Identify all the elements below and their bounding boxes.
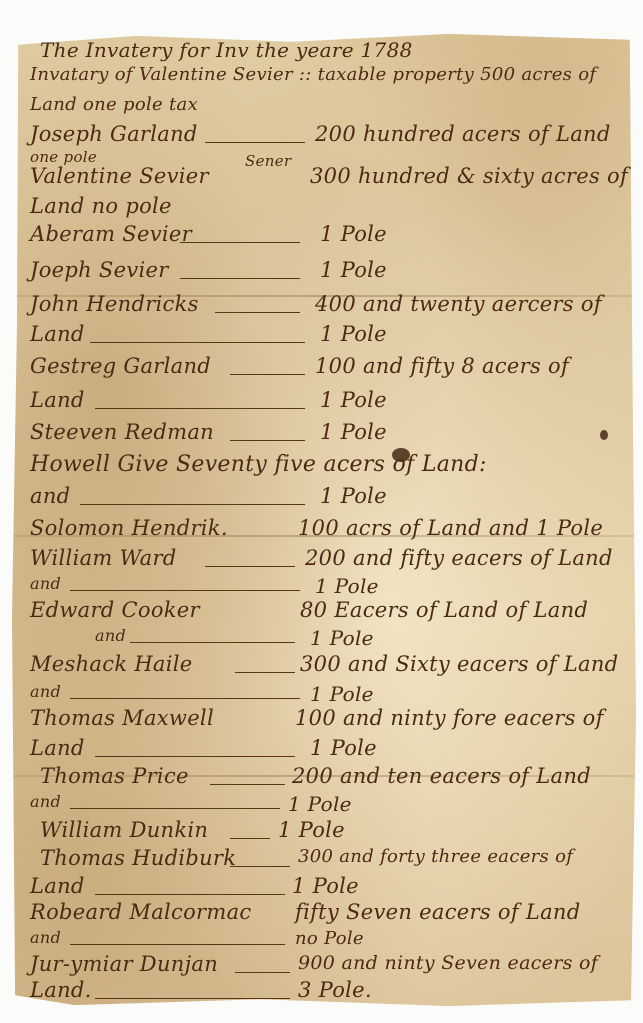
entry-name: Land. [30, 978, 92, 1002]
entry-name: and [30, 484, 70, 508]
entry-value: 300 and Sixty eacers of Land [300, 652, 618, 676]
entry-value: 1 Pole [320, 484, 387, 508]
header-text: Invatary of Valentine Sevier :: taxable … [30, 64, 596, 85]
leader-line [180, 278, 300, 279]
entry-name: Aberam Sevier [30, 222, 192, 246]
entry-value: fifty Seven eacers of Land [295, 900, 581, 924]
entry-name: and [30, 682, 61, 701]
leader-line [180, 242, 300, 243]
entry-name: Land no pole [30, 194, 172, 218]
leader-line [230, 838, 270, 839]
entry-value: 1 Pole [310, 736, 377, 760]
entry-value: 300 and forty three eacers of [298, 846, 573, 867]
entry-value: 100 acrs of Land and 1 Pole [298, 516, 603, 540]
entry-name: Thomas Price [40, 764, 189, 788]
entry-name: and [30, 792, 61, 811]
entry-value: 200 and fifty eacers of Land [305, 546, 613, 570]
entry-value: 1 Pole [292, 874, 359, 898]
entry-value: 100 and ninty fore eacers of [295, 706, 604, 730]
entry-value: 200 hundred acers of Land [315, 122, 611, 146]
entry-note: Sener [245, 152, 291, 170]
entry-value: 80 Eacers of Land of Land [300, 598, 588, 622]
leader-line [230, 440, 305, 441]
leader-line [235, 672, 295, 673]
entry-value: 1 Pole [310, 682, 374, 706]
entry-row: Gestreg Garland100 and fifty 8 acers of [30, 354, 623, 392]
leader-line [235, 972, 290, 973]
entry-name: Jur-ymiar Dunjan [30, 952, 218, 976]
entry-row: Joeph Sevier1 Pole [30, 258, 623, 296]
entry-value: 100 and fifty 8 acers of [315, 354, 569, 378]
header-text-2: Land one pole tax [30, 94, 198, 115]
leader-line [70, 698, 300, 699]
leader-line [70, 590, 300, 591]
leader-line [95, 894, 285, 895]
entry-name: Land [30, 322, 85, 346]
entry-value: 1 Pole [278, 818, 345, 842]
title-text: The Invatery for Inv the yeare 1788 [40, 38, 413, 62]
entry-value: 1 Pole [288, 792, 352, 816]
leader-line [230, 866, 290, 867]
entry-name: Gestreg Garland [30, 354, 211, 378]
leader-line [215, 312, 300, 313]
entry-name: Land [30, 388, 85, 412]
entry-name: William Dunkin [40, 818, 208, 842]
entry-value: 1 Pole [320, 322, 387, 346]
leader-line [90, 342, 305, 343]
entry-name: Howell Give Seventy five acers of Land: [30, 452, 487, 477]
leader-line [95, 408, 305, 409]
leader-line [210, 784, 285, 785]
leader-line [230, 374, 305, 375]
entry-name: Solomon Hendrik. [30, 516, 228, 540]
leader-line [130, 642, 295, 643]
leader-line [70, 808, 280, 809]
entry-name: William Ward [30, 546, 177, 570]
entry-name: and [30, 574, 61, 593]
entry-name: Land [30, 736, 85, 760]
entry-name: Edward Cooker [30, 598, 200, 622]
leader-line [70, 944, 285, 945]
entry-value: 1 Pole [320, 258, 387, 282]
entry-name: Meshack Haile [30, 652, 193, 676]
entry-value: 1 Pole [310, 626, 374, 650]
entry-value: no Pole [295, 928, 364, 949]
entry-value: 300 hundred & sixty acres of [310, 164, 628, 188]
entry-value: 1 Pole [315, 574, 379, 598]
entry-name: and [30, 928, 61, 947]
leader-line [95, 998, 290, 999]
entry-value: 400 and twenty aercers of [315, 292, 602, 316]
entry-name: Valentine Sevier [30, 164, 209, 188]
entry-name: Land [30, 874, 85, 898]
entry-name: Thomas Hudiburk [40, 846, 236, 870]
entry-value: 3 Pole. [298, 978, 372, 1002]
entry-row: Land.3 Pole. [30, 978, 623, 1016]
entry-value: 1 Pole [320, 222, 387, 246]
entry-name: Joseph Garland [30, 122, 198, 146]
entry-name: Thomas Maxwell [30, 706, 214, 730]
entry-name: Robeard Malcormac [30, 900, 251, 924]
entry-value: 1 Pole [320, 388, 387, 412]
leader-line [80, 504, 305, 505]
entry-value: 1 Pole [320, 420, 387, 444]
entry-name: John Hendricks [30, 292, 199, 316]
entry-value: 200 and ten eacers of Land [292, 764, 591, 788]
leader-line [95, 756, 295, 757]
entry-name: and [95, 626, 126, 645]
leader-line [205, 566, 295, 567]
entry-row: Aberam Sevier1 Pole [30, 222, 623, 260]
leader-line [205, 142, 305, 143]
entry-name: Joeph Sevier [30, 258, 169, 282]
entry-value: 900 and ninty Seven eacers of [298, 952, 598, 974]
entry-name: Steeven Redman [30, 420, 214, 444]
